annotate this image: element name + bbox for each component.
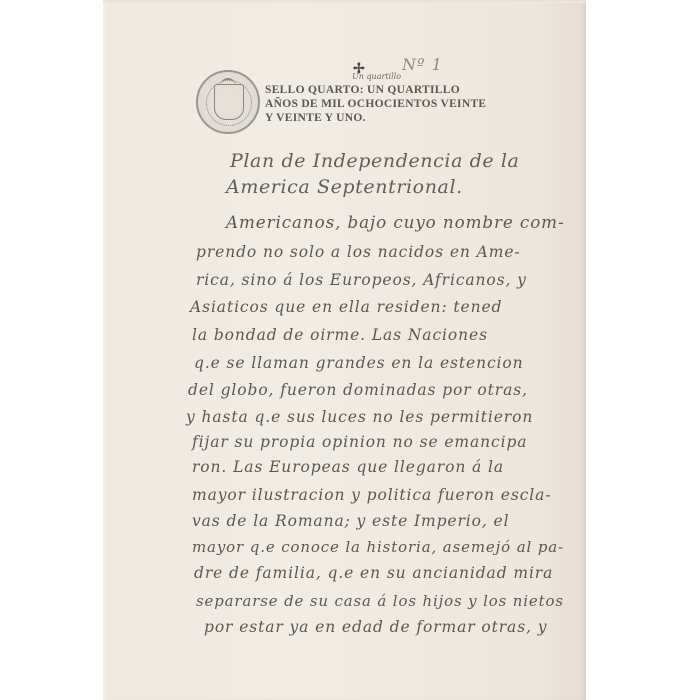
body-line: rica, sino á los Europeos, Africanos, y (196, 271, 527, 289)
body-line: ron. Las Europeas que llegaron á la (192, 458, 504, 476)
body-line: dre de familia, q.e en su ancianidad mir… (194, 564, 553, 582)
stamp-annotation: Un quartillo (352, 72, 401, 81)
body-line: vas de la Romana; y este Imperio, el (192, 512, 509, 530)
stamp-line: AÑOS DE MIL OCHOCIENTOS VEINTE (265, 97, 486, 111)
body-line: la bondad de oirme. Las Naciones (192, 326, 488, 344)
stamp-line: SELLO QUARTO: UN QUARTILLO (265, 83, 486, 97)
document-title: Plan de Independencia de la (230, 150, 519, 172)
body-line: por estar ya en edad de formar otras, y (204, 618, 547, 636)
page-number-mark: Nº 1 (402, 55, 443, 74)
body-line: q.e se llaman grandes en la estencion (194, 354, 524, 372)
body-line: y hasta q.e sus luces no les permitieron (186, 408, 533, 426)
body-line: Asiaticos que en ella residen: tened (190, 298, 502, 316)
body-line: Americanos, bajo cuyo nombre com- (226, 212, 565, 232)
stamp-line: Y VEINTE Y UNO. (265, 111, 486, 125)
stamp-text: SELLO QUARTO: UN QUARTILLO AÑOS DE MIL O… (265, 83, 486, 125)
body-line: prendo no solo a los nacidos en Ame- (196, 243, 521, 261)
body-line: mayor q.e conoce la historia, asemejó al… (192, 538, 564, 556)
body-line: del globo, fueron dominadas por otras, (188, 381, 528, 399)
body-line: mayor ilustracion y politica fueron escl… (192, 486, 551, 504)
body-line: separarse de su casa á los hijos y los n… (196, 592, 564, 610)
seal-crest-icon (214, 84, 244, 120)
document-title: America Septentrional. (226, 176, 463, 198)
paper-edge (103, 0, 586, 3)
royal-seal-icon (196, 70, 260, 134)
body-line: fijar su propia opinion no se emancipa (192, 433, 527, 451)
